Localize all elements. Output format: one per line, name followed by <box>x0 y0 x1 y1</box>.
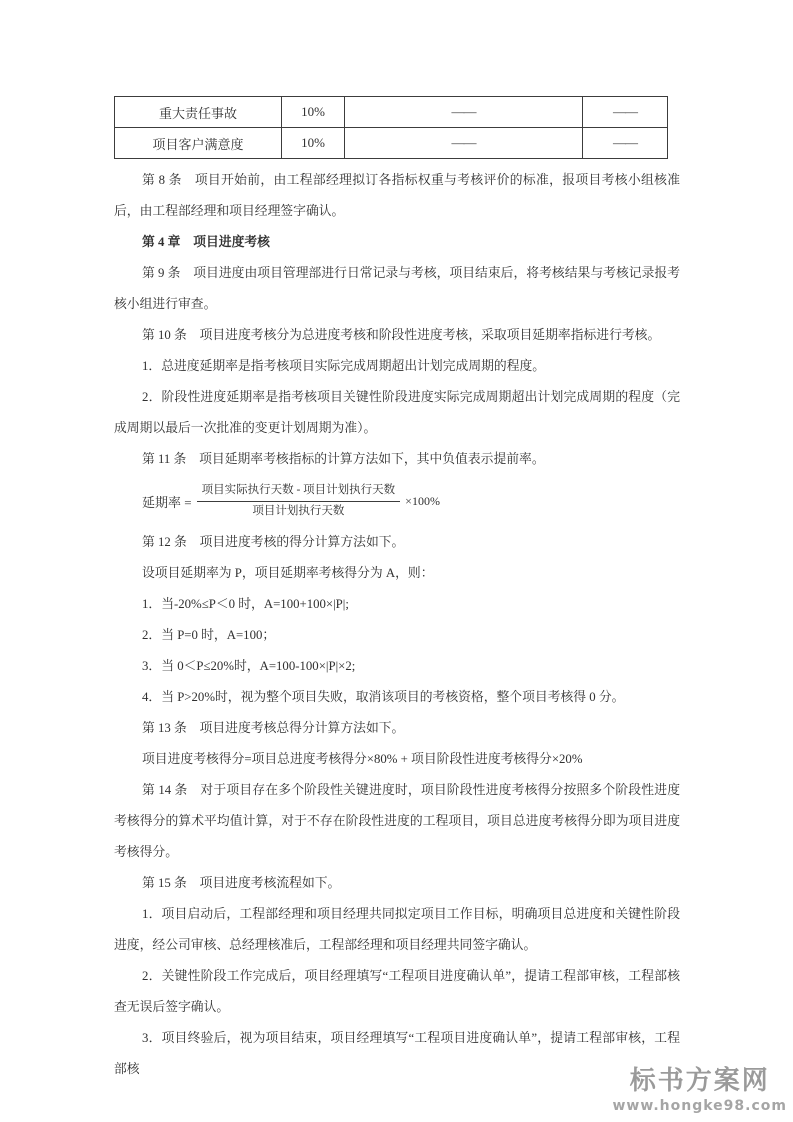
standard-cell: —— <box>345 128 583 159</box>
clause-12-item-3: 3．当 0＜P≤20%时，A=100-100×|P|×2; <box>114 651 680 682</box>
clause-12-item-2: 2．当 P=0 时，A=100； <box>114 620 680 651</box>
document-page: 重大责任事故 10% —— —— 项目客户满意度 10% —— —— 第 8 条… <box>0 0 793 1122</box>
clause-10-item-2: 2．阶段性进度延期率是指考核项目关键性阶段进度实际完成周期超出计划完成周期的程度… <box>114 382 680 444</box>
clause-12-item-1: 1．当-20%≤P＜0 时，A=100+100×|P|; <box>114 589 680 620</box>
formula-numerator: 项目实际执行天数 - 项目计划执行天数 <box>197 482 401 502</box>
formula-lhs: 延期率 = <box>142 492 192 511</box>
score-table: 重大责任事故 10% —— —— 项目客户满意度 10% —— —— <box>114 96 668 159</box>
article-8-paragraph: 第 8 条 项目开始前，由工程部经理拟订各指标权重与考核评价的标准，报项目考核小… <box>114 165 680 227</box>
clause-15-item-2: 2．关键性阶段工作完成后，项目经理填写“工程项目进度确认单”，提请工程部审核，工… <box>114 961 680 1023</box>
standard-cell: —— <box>345 97 583 128</box>
formula-fraction: 项目实际执行天数 - 项目计划执行天数 项目计划执行天数 <box>197 482 401 521</box>
score-formula-paragraph: 项目进度考核得分=项目总进度考核得分×80% + 项目阶段性进度考核得分×20% <box>114 744 680 775</box>
score-cell: —— <box>583 97 668 128</box>
clause-10-item-1: 1．总进度延期率是指考核项目实际完成周期超出计划完成周期的程度。 <box>114 351 680 382</box>
weight-cell: 10% <box>282 128 345 159</box>
delay-rate-formula: 延期率 = 项目实际执行天数 - 项目计划执行天数 项目计划执行天数 ×100% <box>142 475 680 527</box>
article-15-paragraph: 第 15 条 项目进度考核流程如下。 <box>114 868 680 899</box>
score-cell: —— <box>583 128 668 159</box>
document-content: 重大责任事故 10% —— —— 项目客户满意度 10% —— —— 第 8 条… <box>114 96 680 1085</box>
chapter-4-heading: 第 4 章 项目进度考核 <box>114 227 680 258</box>
article-13-paragraph: 第 13 条 项目进度考核总得分计算方法如下。 <box>114 713 680 744</box>
article-14-paragraph: 第 14 条 对于项目存在多个阶段性关键进度时，项目阶段性进度考核得分按照多个阶… <box>114 775 680 868</box>
formula-multiplier: ×100% <box>405 494 440 509</box>
article-9-paragraph: 第 9 条 项目进度由项目管理部进行日常记录与考核，项目结束后，将考核结果与考核… <box>114 258 680 320</box>
weight-cell: 10% <box>282 97 345 128</box>
formula-denominator: 项目计划执行天数 <box>197 502 401 521</box>
indicator-cell: 项目客户满意度 <box>115 128 282 159</box>
clause-15-item-3: 3．项目终验后，视为项目结束，项目经理填写“工程项目进度确认单”，提请工程部审核… <box>114 1023 680 1085</box>
score-setup-paragraph: 设项目延期率为 P，项目延期率考核得分为 A，则： <box>114 558 680 589</box>
table-row: 项目客户满意度 10% —— —— <box>115 128 668 159</box>
watermark-title: 标书方案网 <box>612 1060 787 1097</box>
body-text: 第 8 条 项目开始前，由工程部经理拟订各指标权重与考核评价的标准，报项目考核小… <box>114 165 680 1085</box>
table-row: 重大责任事故 10% —— —— <box>115 97 668 128</box>
watermark-url: www.hongke98.com <box>612 1098 787 1114</box>
watermark: 标书方案网 www.hongke98.com <box>612 1060 787 1114</box>
article-11-paragraph: 第 11 条 项目延期率考核指标的计算方法如下，其中负值表示提前率。 <box>114 444 680 475</box>
article-10-paragraph: 第 10 条 项目进度考核分为总进度考核和阶段性进度考核，采取项目延期率指标进行… <box>114 320 680 351</box>
article-12-paragraph: 第 12 条 项目进度考核的得分计算方法如下。 <box>114 527 680 558</box>
indicator-cell: 重大责任事故 <box>115 97 282 128</box>
clause-12-item-4: 4．当 P>20%时，视为整个项目失败，取消该项目的考核资格，整个项目考核得 0… <box>114 682 680 713</box>
clause-15-item-1: 1．项目启动后，工程部经理和项目经理共同拟定项目工作目标，明确项目总进度和关键性… <box>114 899 680 961</box>
